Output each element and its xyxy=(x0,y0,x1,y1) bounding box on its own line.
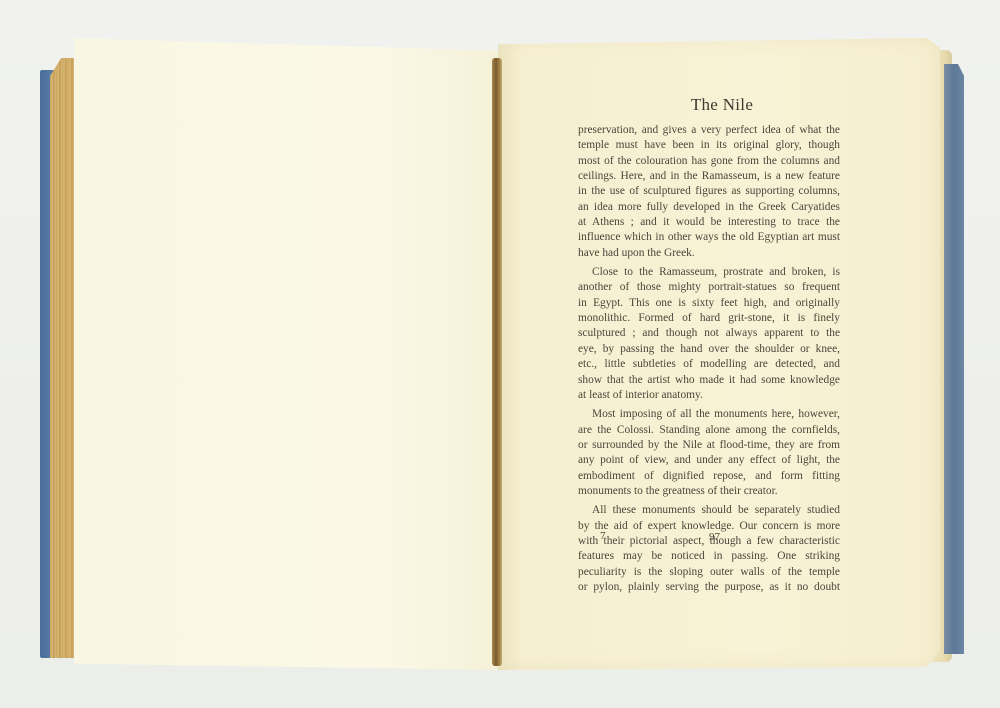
text-line: or pylon, plainly serving the purpose, a… xyxy=(578,580,840,595)
text-line: Most imposing of all the monuments here,… xyxy=(578,407,840,422)
text-line: monolithic. Formed of hard grit-stone, i… xyxy=(578,311,840,326)
text-line: or surrounded by the Nile at flood-time,… xyxy=(578,438,840,453)
text-line: are the Colossi. Standing alone among th… xyxy=(578,423,840,438)
text-line: an idea more fully developed in the Gree… xyxy=(578,200,840,215)
text-line: All these monuments should be separately… xyxy=(578,503,840,518)
text-line: eye, by passing the hand over the should… xyxy=(578,342,840,357)
text-line: at Athens ; and it would be interesting … xyxy=(578,215,840,230)
text-line: most of the colouration has gone from th… xyxy=(578,154,840,169)
text-line: features may be noticed in passing. One … xyxy=(578,549,840,564)
text-line: preservation, and gives a very perfect i… xyxy=(578,123,840,138)
running-head: The Nile xyxy=(574,95,870,115)
text-line: sculptured ; and though not always appar… xyxy=(578,326,840,341)
text-line: show that the artist who made it had som… xyxy=(578,373,840,388)
text-line: influence which in other ways the old Eg… xyxy=(578,230,840,245)
text-line: temple must have been in its original gl… xyxy=(578,138,840,153)
text-line: peculiarity is the sloping outer walls o… xyxy=(578,565,840,580)
page-body-text: preservation, and gives a very perfect i… xyxy=(578,123,840,595)
text-line: ceilings. Here, and in the Ramasseum, is… xyxy=(578,169,840,184)
page-number: 97 xyxy=(709,531,720,543)
fore-edge-left xyxy=(50,58,78,658)
book-gutter xyxy=(492,58,502,666)
text-line: etc., little subtleties of modelling are… xyxy=(578,357,840,372)
text-line: in Egypt. This one is sixty feet high, a… xyxy=(578,296,840,311)
text-line: another of those mighty portrait-statues… xyxy=(578,280,840,295)
text-line: in the use of sculptured figures as supp… xyxy=(578,184,840,199)
blank-left-page xyxy=(74,38,498,670)
text-line: monuments to the greatness of their crea… xyxy=(578,484,840,499)
text-line: Close to the Ramasseum, prostrate and br… xyxy=(578,265,840,280)
text-line: any point of view, and under any effect … xyxy=(578,453,840,468)
photo-scene: The Nile preservation, and gives a very … xyxy=(0,0,1000,708)
book-cover-right xyxy=(944,64,964,654)
text-line: embodiment of dignified repose, and form… xyxy=(578,469,840,484)
text-line: at least of interior anatomy. xyxy=(578,388,840,403)
text-line: have had upon the Greek. xyxy=(578,246,840,261)
signature-mark: 7 xyxy=(600,530,606,542)
